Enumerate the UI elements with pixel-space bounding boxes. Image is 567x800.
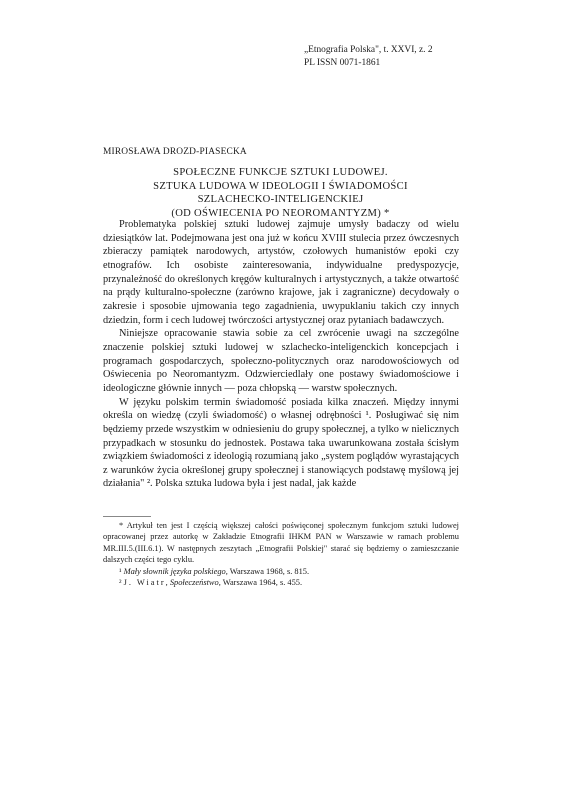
- footnote-marker: ²: [119, 578, 122, 587]
- footnote-2: ² J. Wiatr, Społeczeństwo, Warszawa 1964…: [103, 577, 459, 588]
- title-line: SZTUKA LUDOWA W IDEOLOGII I ŚWIADOMOŚCI: [103, 180, 458, 194]
- journal-reference: „Etnografia Polska", t. XXVI, z. 2 PL IS…: [304, 44, 433, 70]
- article-body: Problematyka polskiej sztuki ludowej zaj…: [103, 218, 459, 491]
- footnote-star: * Artykuł ten jest I częścią większej ca…: [103, 520, 459, 566]
- paragraph: Niniejsze opracowanie stawia sobie za ce…: [103, 327, 459, 395]
- issn: PL ISSN 0071-1861: [304, 57, 433, 70]
- footnote-separator: [103, 516, 151, 517]
- paragraph: W języku polskim termin świadomość posia…: [103, 396, 459, 492]
- paragraph: Problematyka polskiej sztuki ludowej zaj…: [103, 218, 459, 327]
- footnotes: * Artykuł ten jest I częścią większej ca…: [103, 520, 459, 588]
- document-page: „Etnografia Polska", t. XXVI, z. 2 PL IS…: [0, 0, 567, 800]
- article-title: SPOŁECZNE FUNKCJE SZTUKI LUDOWEJ. SZTUKA…: [103, 166, 458, 220]
- citation-details: , Warszawa 1968, s. 815.: [226, 567, 309, 576]
- cited-author: J. Wiatr: [124, 578, 166, 587]
- title-line: SPOŁECZNE FUNKCJE SZTUKI LUDOWEJ.: [103, 166, 458, 180]
- title-line: SZLACHECKO-INTELIGENCKIEJ: [103, 193, 458, 207]
- citation-details: , Warszawa 1964, s. 455.: [219, 578, 302, 587]
- cited-title: Mały słownik języka polskiego: [124, 567, 226, 576]
- cited-title: Społeczeństwo: [170, 578, 219, 587]
- footnote-marker: ¹: [119, 567, 122, 576]
- journal-citation: „Etnografia Polska", t. XXVI, z. 2: [304, 44, 433, 57]
- author-name: MIROSŁAWA DROZD-PIASECKA: [103, 147, 247, 157]
- footnote-1: ¹ Mały słownik języka polskiego, Warszaw…: [103, 566, 459, 577]
